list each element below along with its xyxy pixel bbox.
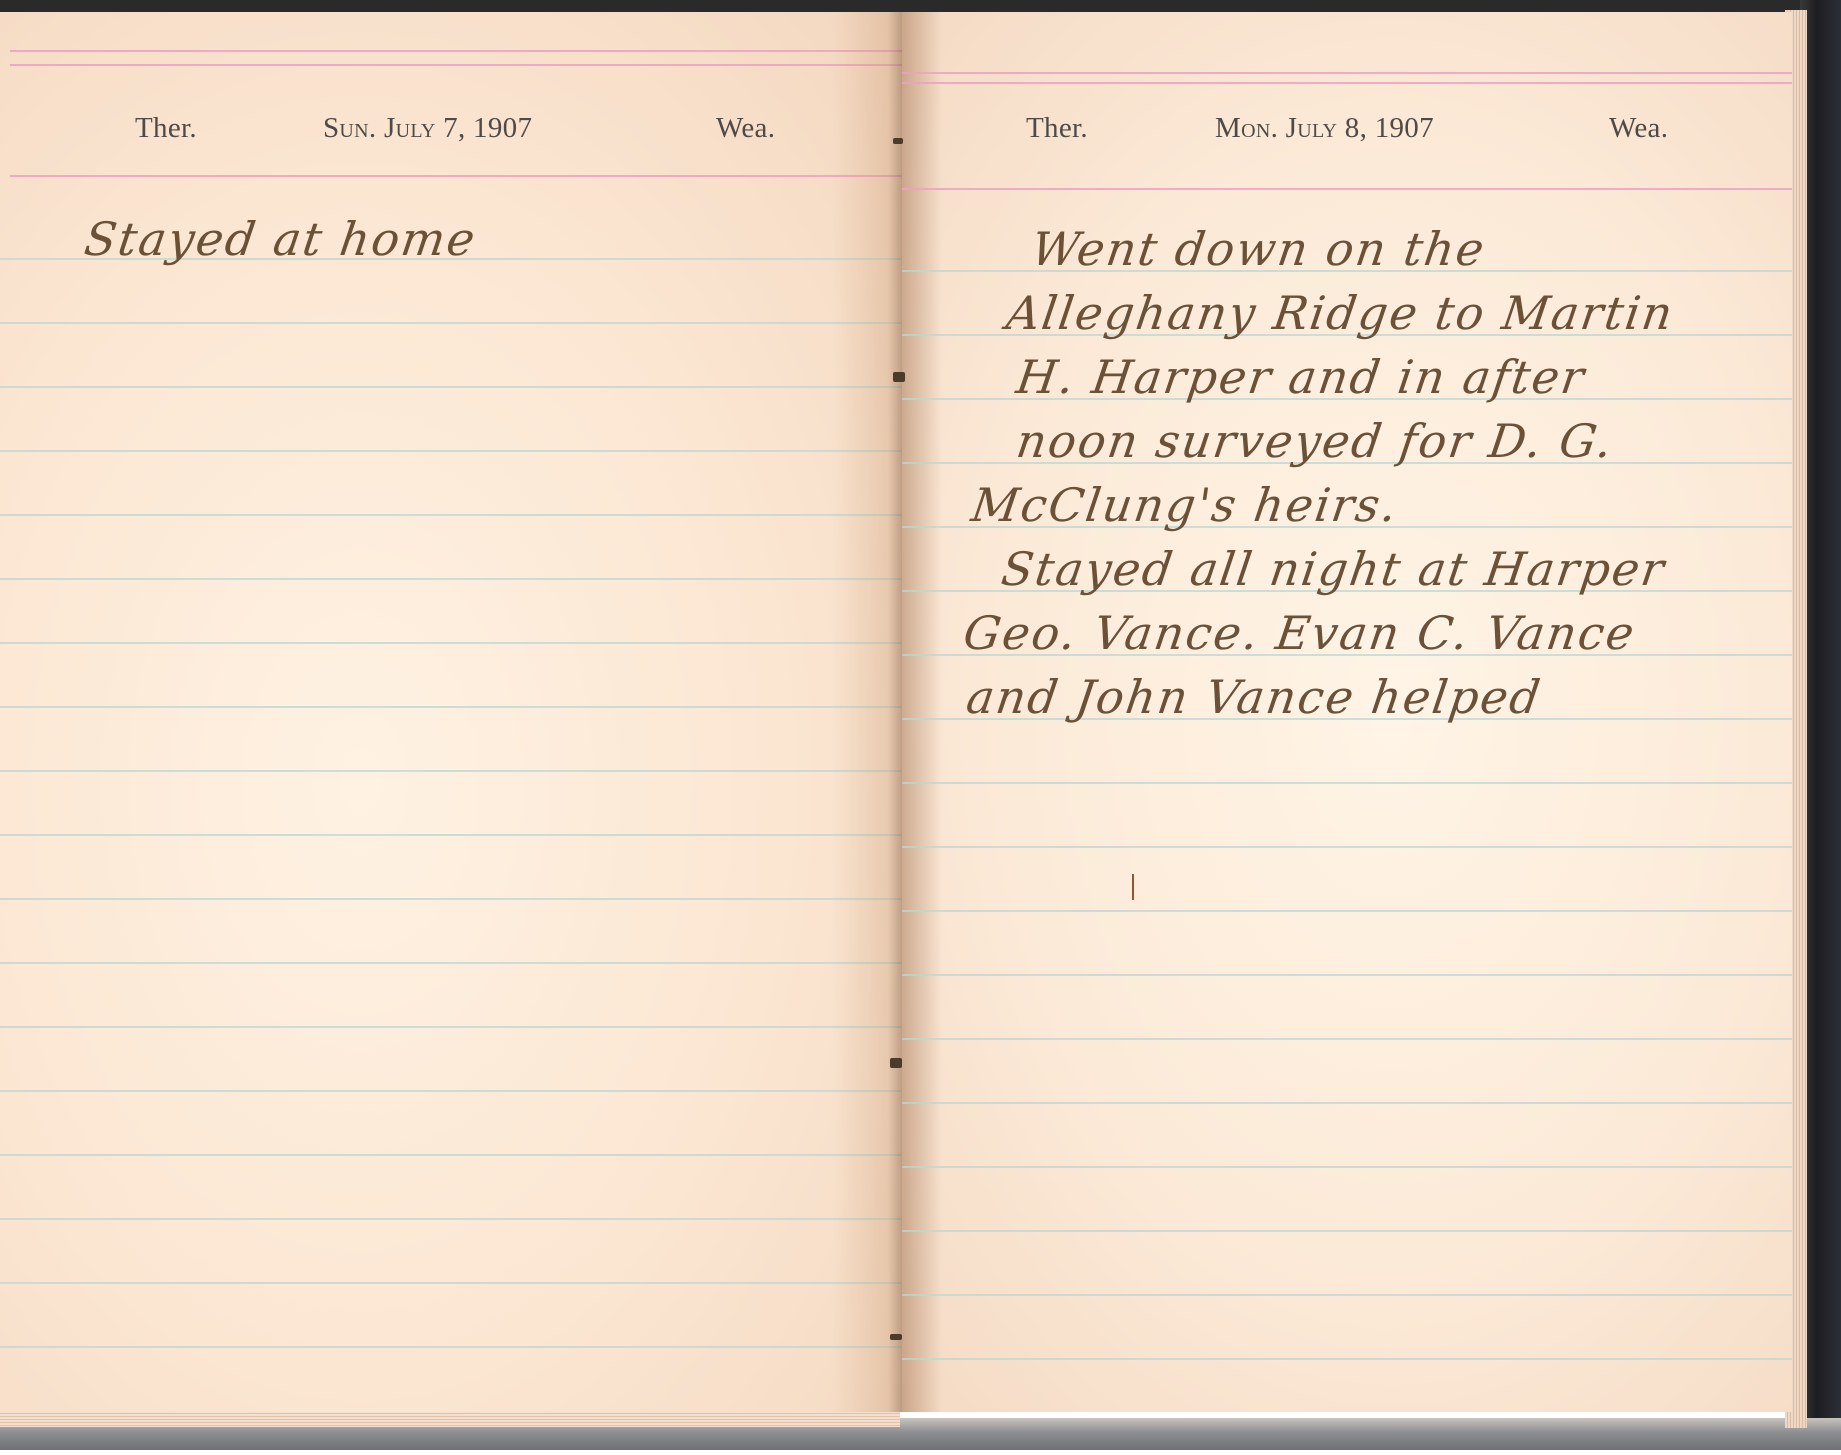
ruled-line [0,642,902,644]
ruled-line [902,1166,1792,1168]
ruled-line [0,962,902,964]
header-rule [10,175,902,177]
weather-label: Wea. [716,112,775,145]
ruled-line [0,1346,902,1348]
ruled-line [902,1358,1792,1360]
binding-staple [893,138,903,144]
gutter-shadow [832,12,902,1412]
ruled-line [0,1154,902,1156]
binding-staple [893,372,905,382]
ruled-line [902,910,1792,912]
entry-line: Alleghany Ridge to Martin [1003,286,1677,340]
entry-line: Stayed at home [81,212,480,266]
ruled-line [902,782,1792,784]
right-page: Ther. Mon. July 8, 1907 Wea. Went down o… [902,12,1792,1412]
binding-staple [890,1058,902,1068]
ruled-line [0,514,902,516]
entry-line: and John Vance helped [963,670,1545,724]
right-page-header: Ther. Mon. July 8, 1907 Wea. [902,112,1792,152]
entry-line: McClung's heirs. [968,478,1402,532]
ruled-line [0,322,902,324]
ruled-line [0,770,902,772]
ruled-line [0,450,902,452]
entry-line: H. Harper and in after [1013,350,1589,404]
date-heading: Mon. July 8, 1907 [1215,112,1434,145]
top-rule [902,72,1792,74]
ruled-line [902,1294,1792,1296]
top-rule [10,64,902,66]
ruled-line [902,974,1792,976]
ruled-line [0,1282,902,1284]
ink-mark [1132,874,1134,900]
entry-line: noon surveyed for D. G. [1013,414,1617,468]
thermometer-label: Ther. [1026,112,1088,145]
gutter-shadow [902,12,942,1412]
ruled-line [902,846,1792,848]
ruled-line [0,834,902,836]
ruled-line [902,1230,1792,1232]
thermometer-label: Ther. [135,112,197,145]
ruled-line [0,1090,902,1092]
header-rule [902,188,1792,190]
ruled-line [0,898,902,900]
ruled-line [902,1102,1792,1104]
top-rule [902,82,1792,84]
ruled-line [0,706,902,708]
entry-line: Geo. Vance. Evan C. Vance [960,606,1639,660]
ruled-line [0,578,902,580]
ruled-line [0,1218,902,1220]
ruled-line [902,1038,1792,1040]
left-page: Ther. Sun. July 7, 1907 Wea. Stayed at h… [0,12,902,1412]
top-rule [10,50,902,52]
diary-scan: Ther. Sun. July 7, 1907 Wea. Stayed at h… [0,0,1841,1455]
binding-staple [890,1334,902,1340]
left-page-header: Ther. Sun. July 7, 1907 Wea. [0,112,902,152]
weather-label: Wea. [1609,112,1668,145]
ruled-line [0,1026,902,1028]
entry-line: Went down on the [1028,222,1489,276]
date-heading: Sun. July 7, 1907 [323,112,532,145]
ruled-line [0,386,902,388]
entry-line: Stayed all night at Harper [998,542,1669,596]
